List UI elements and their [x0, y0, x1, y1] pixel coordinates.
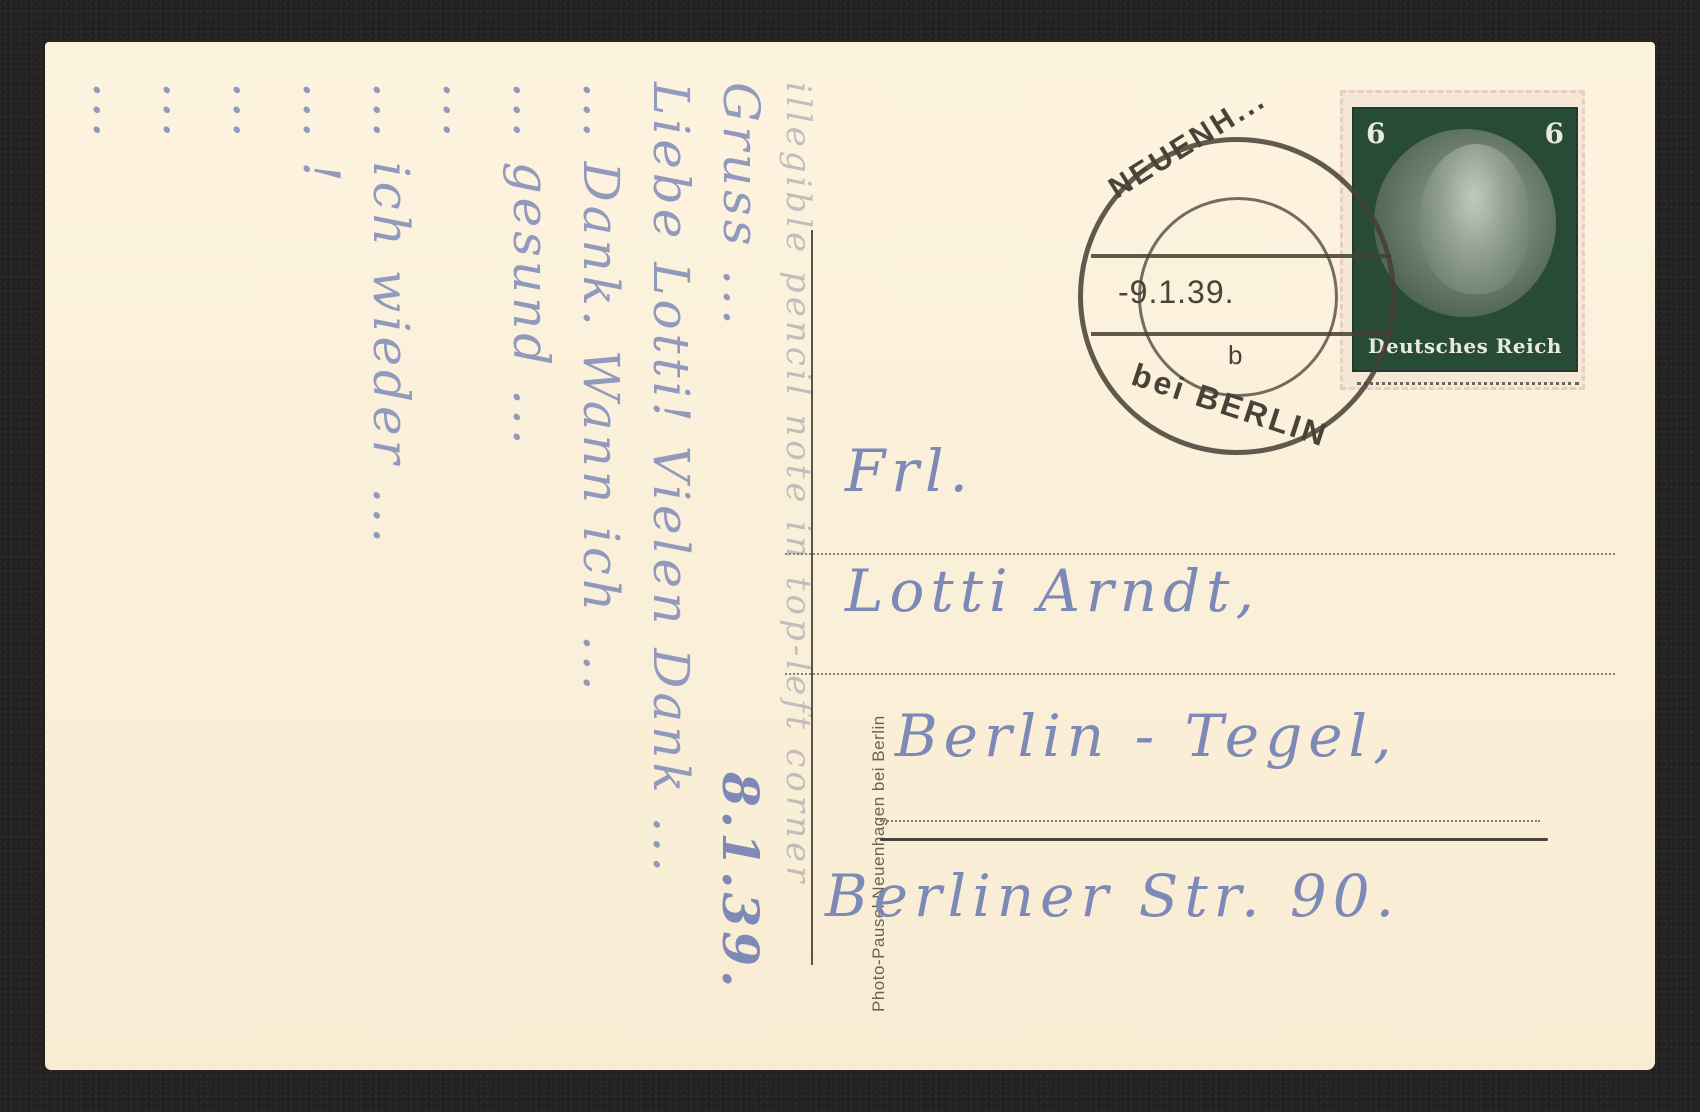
postmark-date: -9.1.39.	[1118, 274, 1235, 311]
address-line-4: Berliner Str. 90.	[825, 862, 1400, 930]
postcard: illegible pencil note in top-left corner…	[45, 42, 1655, 1070]
address-dotted-line-3	[880, 820, 1540, 822]
stamp-value-left: 6	[1366, 117, 1385, 150]
message-line-7: ... !	[292, 82, 350, 186]
message-line-2: Liebe Lotti! Vielen Dank ...	[642, 82, 700, 876]
address-dotted-line-1	[785, 553, 1615, 555]
message-line-5: ...	[432, 82, 490, 142]
message-date: 8.1.39.	[711, 772, 770, 991]
stamp-dotted-line	[1357, 382, 1579, 385]
divider-line	[811, 230, 813, 965]
handwritten-message: illegible pencil note in top-left corner…	[45, 42, 810, 1070]
address-line-2: Lotti Arndt,	[845, 557, 1260, 625]
postmark-code: b	[1228, 340, 1242, 371]
postmark-town-top: NEUENH...	[1103, 82, 1273, 206]
address-line-1: Frl.	[845, 437, 974, 505]
message-line-9: ...	[152, 82, 210, 142]
message-line-3: ... Dank. Wann ich ...	[572, 82, 630, 695]
message-line-4: ... gesund ...	[502, 82, 560, 449]
message-line-10: ...	[82, 82, 140, 142]
address-line-3: Berlin - Tegel,	[895, 702, 1398, 770]
message-line-1: Gruss ...	[712, 82, 770, 329]
stamp-portrait-icon	[1374, 129, 1556, 317]
address-dotted-line-2	[785, 673, 1615, 675]
message-line-8: ...	[222, 82, 280, 142]
stamp-value-right: 6	[1545, 117, 1564, 150]
message-rotated-block: illegible pencil note in top-left corner…	[50, 62, 810, 1062]
postmark-bar-bottom	[1091, 332, 1391, 336]
postmark-bar-top	[1091, 254, 1391, 258]
address-solid-line	[880, 838, 1548, 841]
postmark: NEUENH... -9.1.39. b bei BERLIN	[1078, 137, 1396, 455]
message-line-6: ... ich wieder ...	[362, 82, 420, 547]
